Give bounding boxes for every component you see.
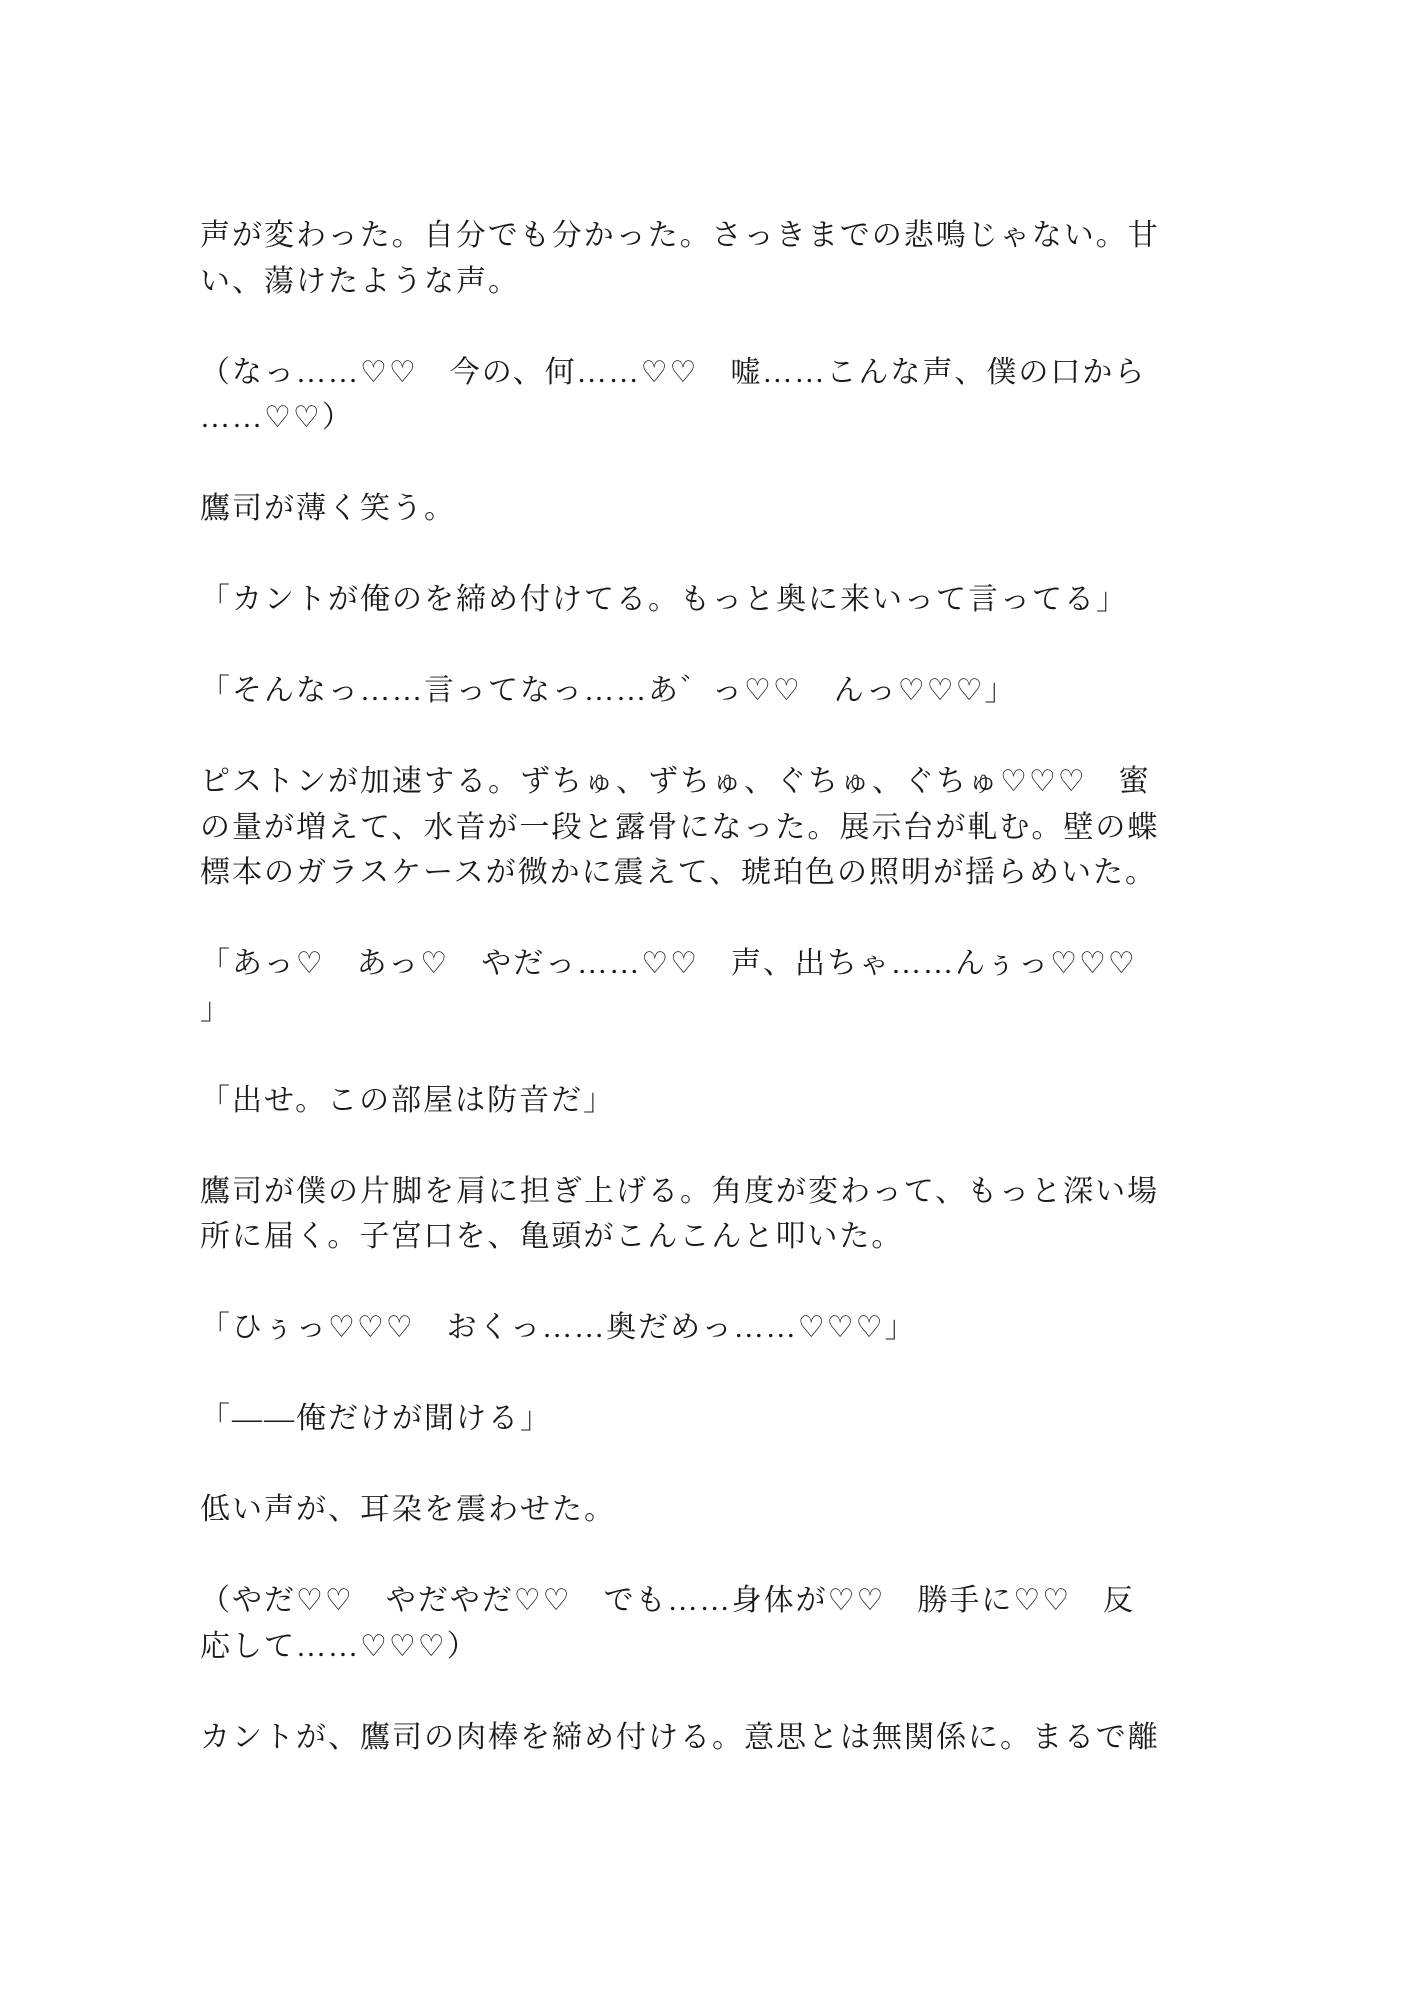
paragraph-12: 低い声が、耳朶を震わせた。 bbox=[200, 1487, 1165, 1533]
paragraph-7: 「あっ♡ あっ♡ やだっ……♡♡ 声、出ちゃ……んぅっ♡♡♡ 」 bbox=[200, 941, 1165, 1032]
document-page: 声が変わった。自分でも分かった。さっきまでの悲鳴じゃない。甘 い、蕩けたような声… bbox=[0, 0, 1415, 2000]
paragraph-11: 「――俺だけが聞ける」 bbox=[200, 1396, 1165, 1442]
paragraph-4: 「カントが俺のを締め付けてる。もっと奥に来いって言ってる」 bbox=[200, 577, 1165, 623]
paragraph-2: （なっ……♡♡ 今の、何……♡♡ 嘘……こんな声、僕の口から ……♡♡） bbox=[200, 350, 1165, 441]
paragraph-3: 鷹司が薄く笑う。 bbox=[200, 486, 1165, 532]
paragraph-10: 「ひぅっ♡♡♡ おくっ……奥だめっ……♡♡♡」 bbox=[200, 1305, 1165, 1351]
paragraph-9: 鷹司が僕の片脚を肩に担ぎ上げる。角度が変わって、もっと深い場 所に届く。子宮口を… bbox=[200, 1169, 1165, 1260]
paragraph-5: 「そんなっ……言ってなっ……あ゛っ♡♡ んっ♡♡♡」 bbox=[200, 668, 1165, 714]
paragraph-8: 「出せ。この部屋は防音だ」 bbox=[200, 1078, 1165, 1124]
paragraph-13: （やだ♡♡ やだやだ♡♡ でも……身体が♡♡ 勝手に♡♡ 反 応して……♡♡♡） bbox=[200, 1578, 1165, 1669]
paragraph-6: ピストンが加速する。ずちゅ、ずちゅ、ぐちゅ、ぐちゅ♡♡♡ 蜜 の量が増えて、水音… bbox=[200, 759, 1165, 896]
paragraph-14: カントが、鷹司の肉棒を締め付ける。意思とは無関係に。まるで離 bbox=[200, 1715, 1165, 1761]
paragraph-1: 声が変わった。自分でも分かった。さっきまでの悲鳴じゃない。甘 い、蕩けたような声… bbox=[200, 213, 1165, 304]
